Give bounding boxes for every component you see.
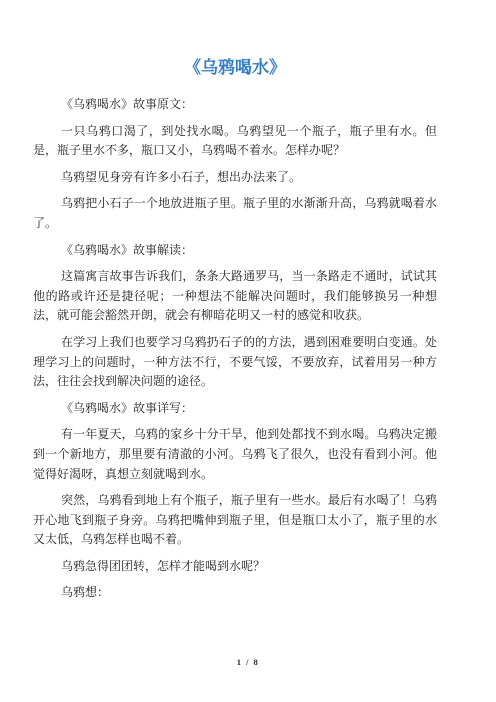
paragraph-6: 这篇寓言故事告诉我们，条条大路通罗马，当一条路走不通时，试试其他的路或许还是捷径…: [33, 267, 437, 326]
document-page: 《乌鸦喝水》 《乌鸦喝水》故事原文：一只乌鸦口渴了，到处找水喝。乌鸦望见一个瓶子…: [0, 0, 496, 702]
paragraph-1: 《乌鸦喝水》故事原文：: [33, 95, 437, 115]
paragraph-10: 突然，乌鸦看到地上有个瓶子，瓶子里有一些水。最后有水喝了！乌鸦开心地飞到瓶子身旁…: [33, 491, 437, 550]
page-number: 1 / 8: [0, 657, 496, 667]
paragraph-12: 乌鸦想：: [33, 583, 437, 603]
paragraph-11: 乌鸦急得团团转，怎样才能喝到水呢？: [33, 557, 437, 577]
paragraph-9: 有一年夏天，乌鸦的家乡十分干旱，他到处都找不到水喝。乌鸦决定搬到一个新地方，那里…: [33, 425, 437, 484]
doc-title: 《乌鸦喝水》: [33, 58, 437, 78]
paragraph-5: 《乌鸦喝水》故事解读：: [33, 241, 437, 261]
paragraph-8: 《乌鸦喝水》故事详写：: [33, 399, 437, 419]
document-body: 《乌鸦喝水》故事原文：一只乌鸦口渴了，到处找水喝。乌鸦望见一个瓶子，瓶子里有水。…: [33, 95, 437, 603]
paragraph-4: 乌鸦把小石子一个地放进瓶子里。瓶子里的水渐渐升高，乌鸦就喝着水了。: [33, 194, 437, 233]
paragraph-7: 在学习上我们也要学习乌鸦扔石子的的方法，遇到困难要明白变通。处理学习上的问题时，…: [33, 333, 437, 392]
paragraph-2: 一只乌鸦口渴了，到处找水喝。乌鸦望见一个瓶子，瓶子里有水。但是，瓶子里水不多，瓶…: [33, 122, 437, 161]
document-content: 《乌鸦喝水》 《乌鸦喝水》故事原文：一只乌鸦口渴了，到处找水喝。乌鸦望见一个瓶子…: [33, 58, 437, 610]
paragraph-3: 乌鸦望见身旁有许多小石子，想出办法来了。: [33, 168, 437, 188]
